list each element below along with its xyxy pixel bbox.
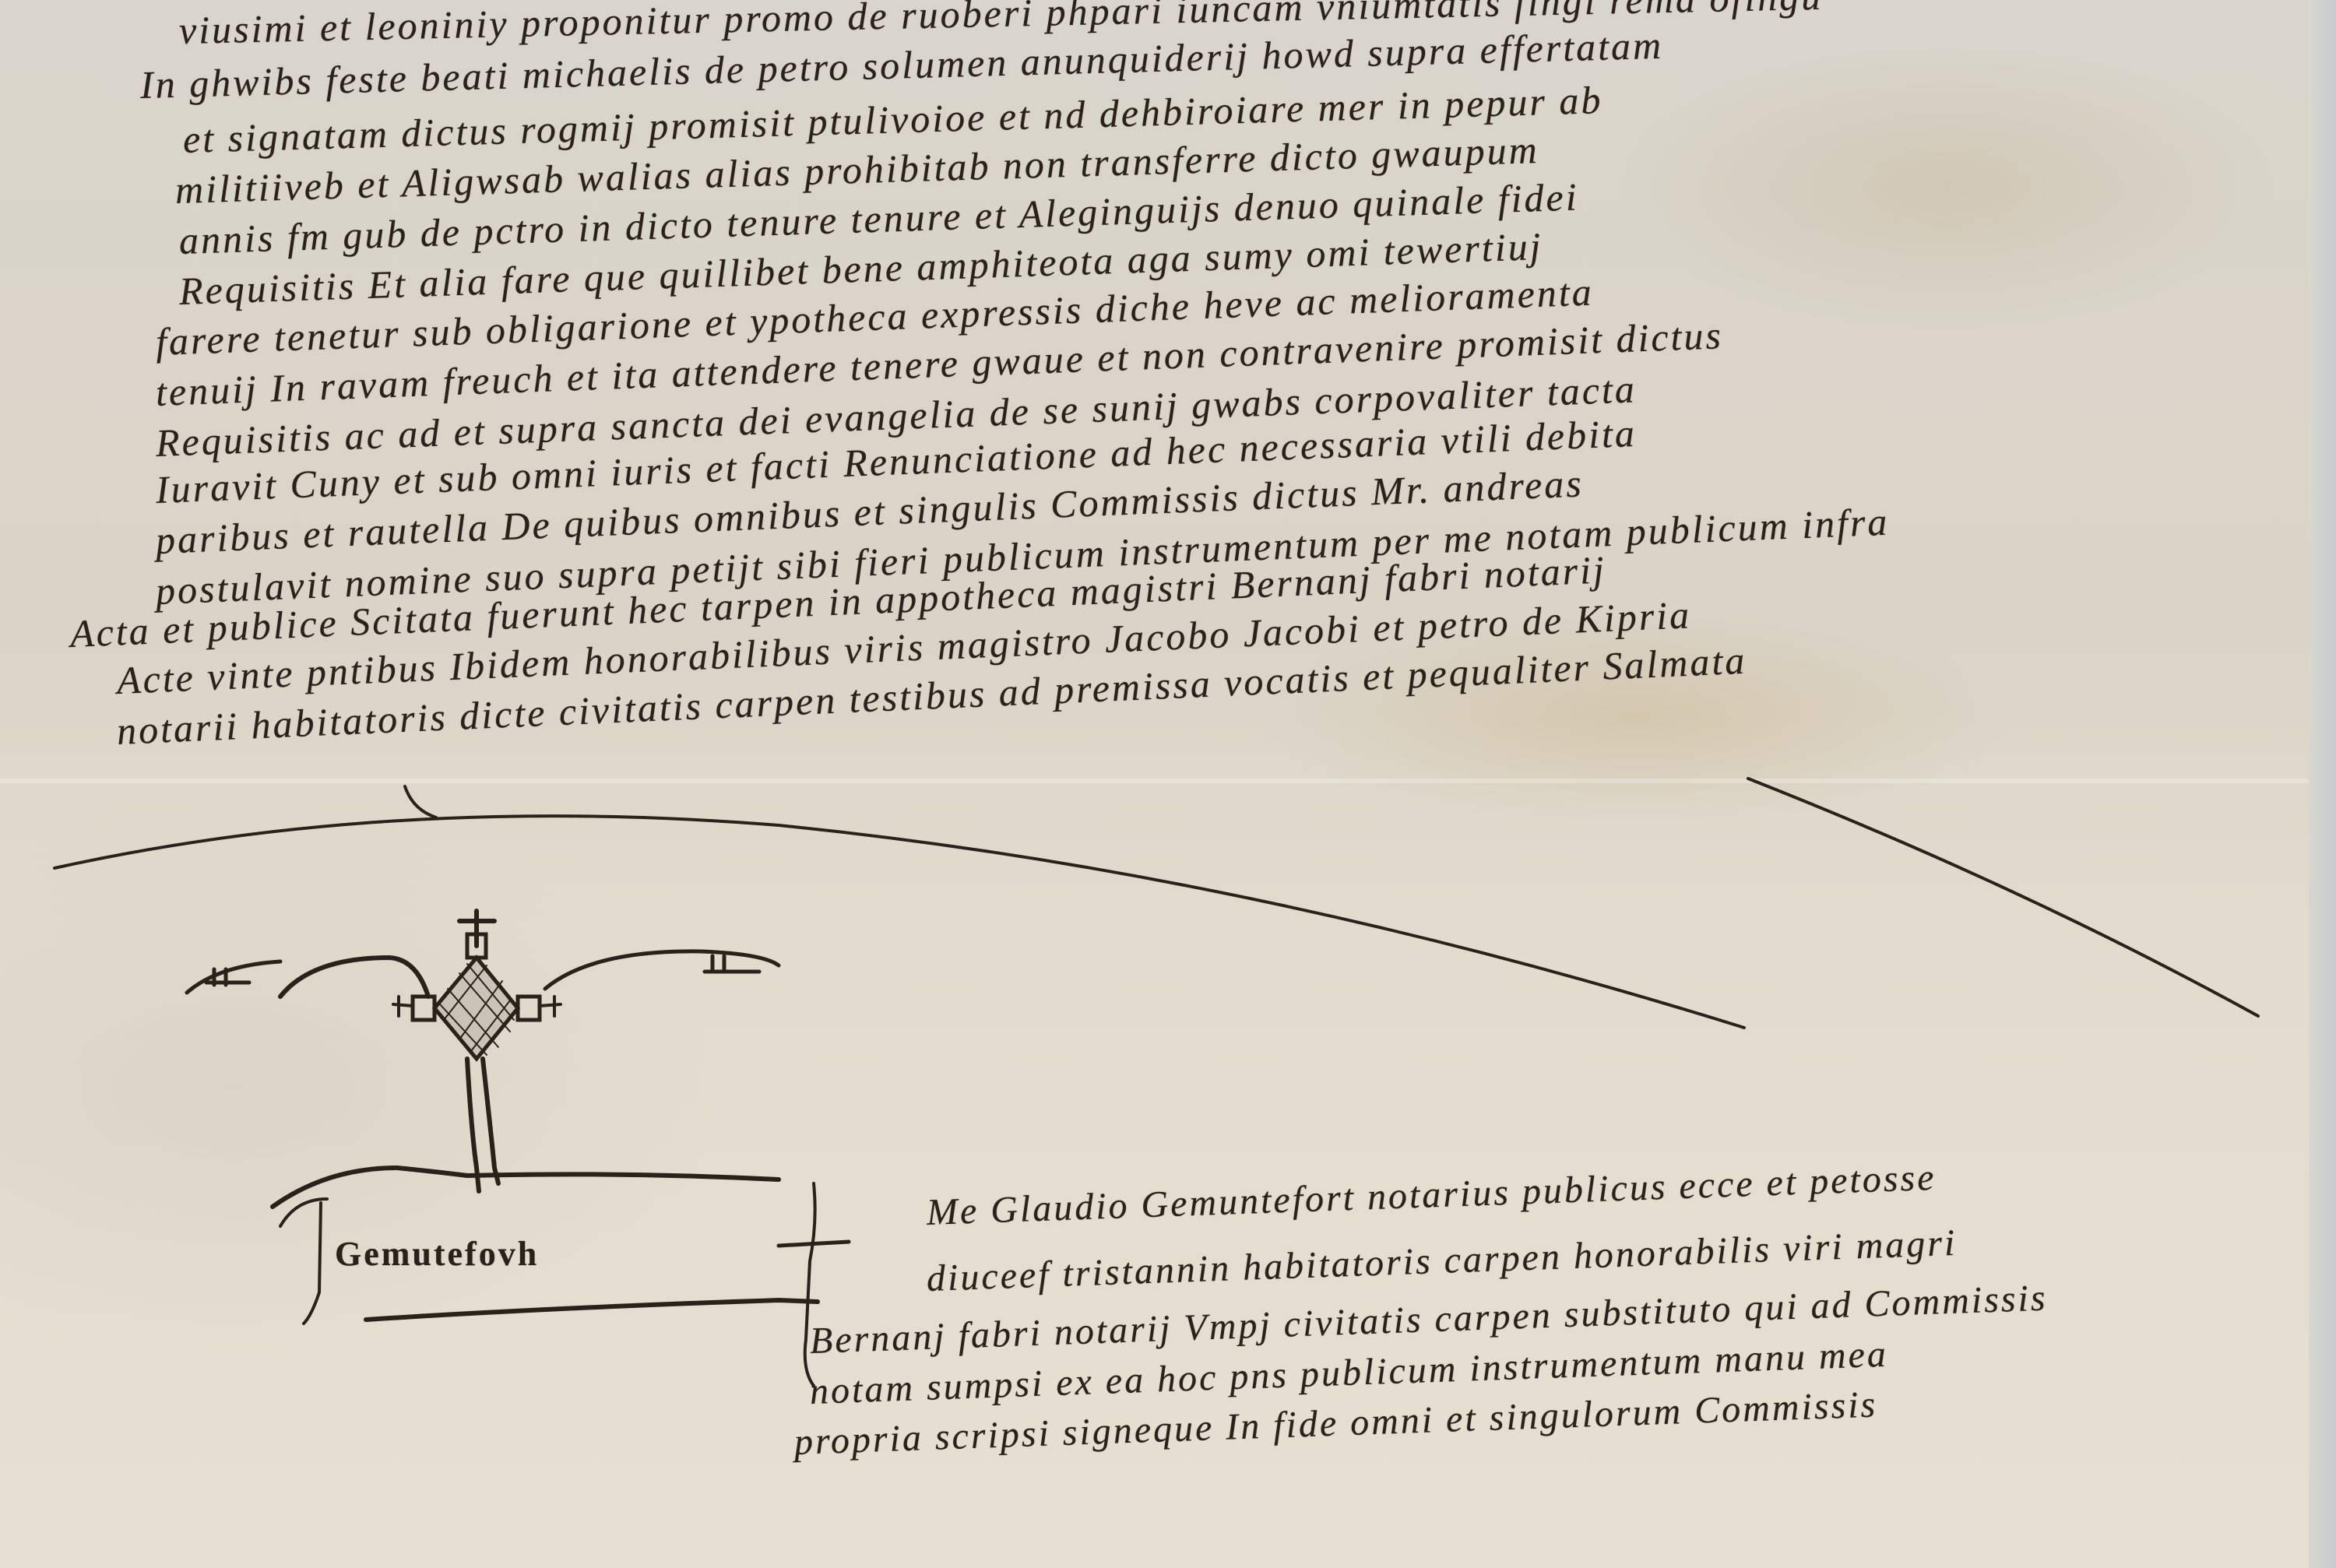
flourish-line xyxy=(55,816,1744,1028)
signum-name-label: Gemutefovh xyxy=(335,1234,539,1274)
flourish-line xyxy=(405,786,436,817)
flourish-line xyxy=(1748,779,2258,1016)
notarial-signum-icon xyxy=(187,911,849,1386)
